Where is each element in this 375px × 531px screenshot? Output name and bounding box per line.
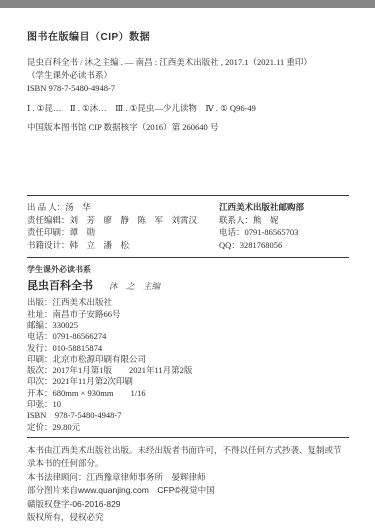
mail-order-contact: 江西美术出版社邮购部 联系人：熊 妮 电话：0791-86565703 QQ：3…	[219, 201, 349, 251]
colophon-page: 图书在版编目（CIP）数据 昆虫百科全书 / 沐之主编 . — 南昌 : 江西美…	[0, 8, 375, 525]
staff-line-designers: 书籍设计：韩 立 潘 松	[27, 239, 219, 252]
cip-record-line: （学生课外必读书系）	[27, 69, 349, 82]
legal-registration-number: 赣版权登字-06-2016-829	[27, 498, 349, 512]
detail-format: 开本：680mm × 930mm 1/16	[27, 388, 349, 399]
contact-qq-line: QQ：3281768056	[219, 239, 349, 252]
publication-details: 出版：江西美术出版社 社址：南昌市子安路66号 邮编：330025 电话：079…	[27, 297, 349, 433]
detail-postcode: 邮编：330025	[27, 320, 349, 331]
contact-phone-line: 电话：0791-86565703	[219, 226, 349, 239]
staff-contact-block: 出 品 人：汤 华 责任编辑：刘 芳 廖 静 陈 军 刘霄汉 责任印刷：谭 勋 …	[27, 196, 349, 257]
detail-printing: 印次：2021年11月第2次印刷	[27, 376, 349, 387]
cip-header: 图书在版编目（CIP）数据	[27, 28, 349, 43]
divider-middle	[27, 257, 349, 258]
cip-record: 昆虫百科全书 / 沐之主编 . — 南昌 : 江西美术出版社 , 2017.1（…	[27, 56, 349, 95]
detail-isbn: ISBN 978-7-5480-4948-7	[27, 410, 349, 421]
legal-image-credit-line: 部分图片来自www.quanjing.com CFP©视觉中国	[27, 484, 349, 498]
divider-bottom	[27, 437, 349, 438]
cip-record-line: ISBN 978-7-5480-4948-7	[27, 82, 349, 95]
detail-edition: 版次：2017年1月第1版 2021年11月第2版	[27, 365, 349, 376]
cip-classification: Ⅰ . ①昆… Ⅱ . ①沐… Ⅲ . ①昆虫—少儿读物 Ⅳ . ① Q96-4…	[27, 102, 349, 114]
contact-person-line: 联系人：熊 妮	[219, 214, 349, 227]
legal-counsel-line: 本书法律顾问：江西豫章律师事务所 晏辉律师	[27, 471, 349, 485]
legal-notice-block: 本书由江西美术出版社出版。未经出版者书面许可，不得以任何方式抄袭、复制或节录本书…	[27, 444, 349, 525]
book-series: 学生课外必读书系	[27, 264, 349, 275]
book-editor: 沐 之 主编	[109, 280, 160, 292]
detail-phone: 电话：0791-86566274	[27, 331, 349, 342]
cip-registry-number: 中国版本图书馆 CIP 数据核字（2016）第 260640 号	[27, 121, 349, 133]
mail-order-dept-title: 江西美术出版社邮购部	[219, 201, 349, 214]
staff-line-print-supervisor: 责任印刷：谭 勋	[27, 226, 219, 239]
detail-printer: 印刷：北京市松源印刷有限公司	[27, 354, 349, 365]
detail-publisher: 出版：江西美术出版社	[27, 297, 349, 308]
staff-line-producer: 出 品 人：汤 华	[27, 201, 219, 214]
detail-price: 定价：29.80元	[27, 422, 349, 433]
detail-sheets: 印张：10	[27, 399, 349, 410]
page-top-scan-band	[0, 0, 375, 8]
book-title: 昆虫百科全书	[27, 277, 93, 293]
detail-address: 社址：南昌市子安路66号	[27, 309, 349, 320]
cip-record-line: 昆虫百科全书 / 沐之主编 . — 南昌 : 江西美术出版社 , 2017.1（…	[27, 56, 349, 69]
legal-rights-reserved: 版权所有，侵权必究	[27, 511, 349, 525]
staff-credits: 出 品 人：汤 华 责任编辑：刘 芳 廖 静 陈 军 刘霄汉 责任印刷：谭 勋 …	[27, 201, 219, 251]
legal-copyright-statement: 本书由江西美术出版社出版。未经出版者书面许可，不得以任何方式抄袭、复制或节录本书…	[27, 444, 349, 471]
book-title-row: 昆虫百科全书 沐 之 主编	[27, 277, 349, 293]
staff-line-editors: 责任编辑：刘 芳 廖 静 陈 军 刘霄汉	[27, 214, 219, 227]
detail-distribution: 发行：010-58815874	[27, 343, 349, 354]
